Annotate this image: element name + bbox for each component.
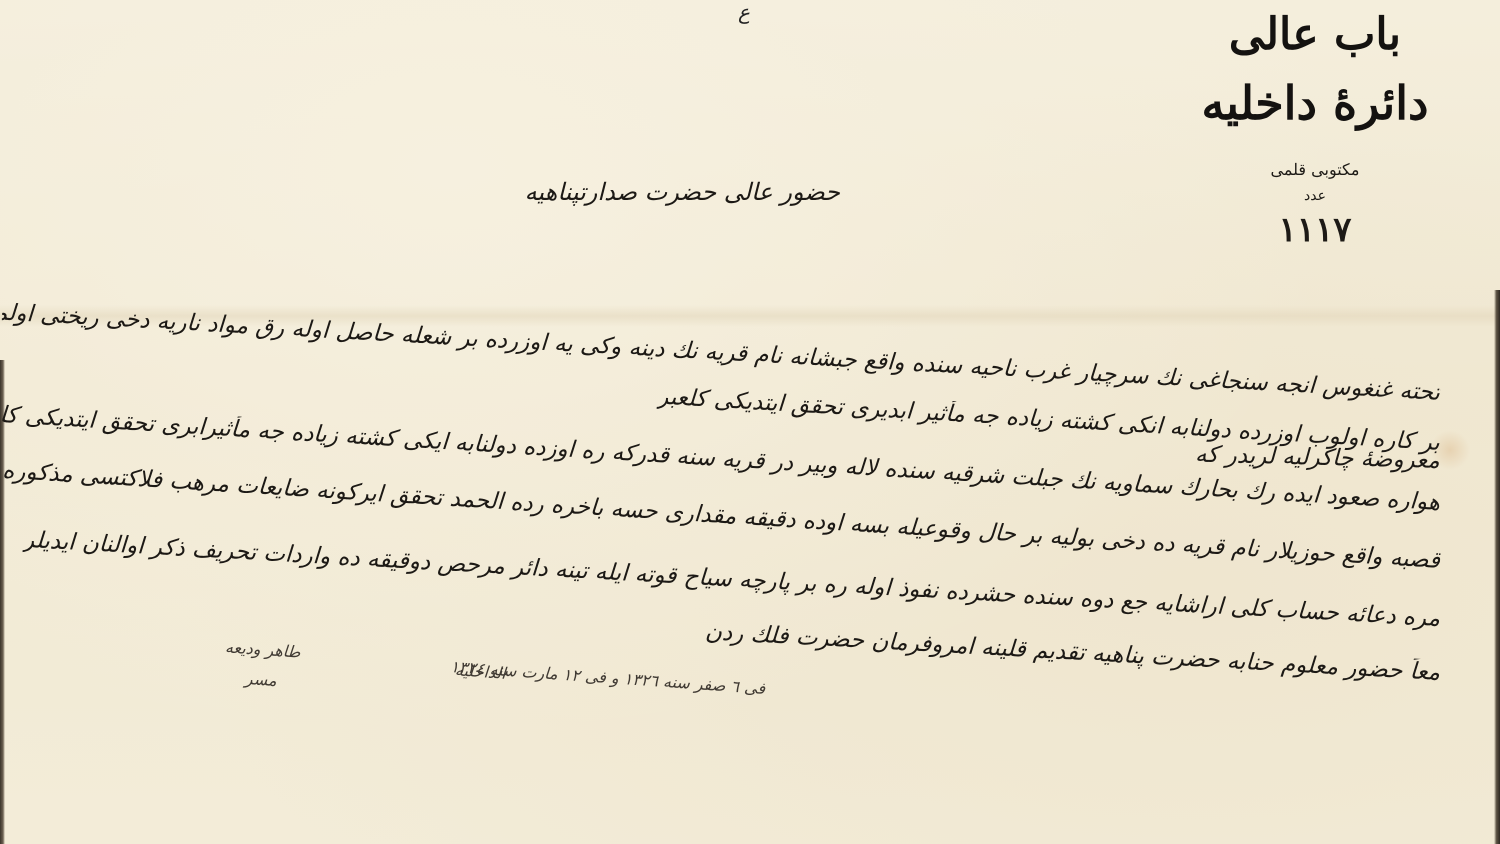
letterhead-title-bab-i-ali: باب عالی xyxy=(1190,0,1440,70)
paper-left-edge xyxy=(0,360,5,844)
marginal-note: مسر xyxy=(244,669,277,690)
letterhead-office: مکتوبی قلمی xyxy=(1190,158,1440,182)
paper-right-edge xyxy=(1494,290,1500,844)
letterhead-title-dahiliye: دائرهٔ داخلیه xyxy=(1190,70,1440,136)
scanned-document-page: ع باب عالی دائرهٔ داخلیه مکتوبی قلمی عدد… xyxy=(0,0,1500,844)
letterhead-number: ١١١٧ xyxy=(1190,210,1440,250)
salutation: حضور عالی حضرت صدارتپناهیه xyxy=(560,178,840,206)
top-mark: ع xyxy=(738,0,750,24)
letter-body-line: معاً حضور معلوم حنابه حضرت پناهیه تقدیم … xyxy=(704,619,1440,686)
marginal-note: طاهر ودیعه xyxy=(224,637,301,661)
letterhead: باب عالی دائرهٔ داخلیه مکتوبی قلمی عدد ١… xyxy=(1190,0,1440,250)
marginal-note: الداخلیه xyxy=(454,660,506,682)
letterhead-number-label: عدد xyxy=(1190,186,1440,206)
